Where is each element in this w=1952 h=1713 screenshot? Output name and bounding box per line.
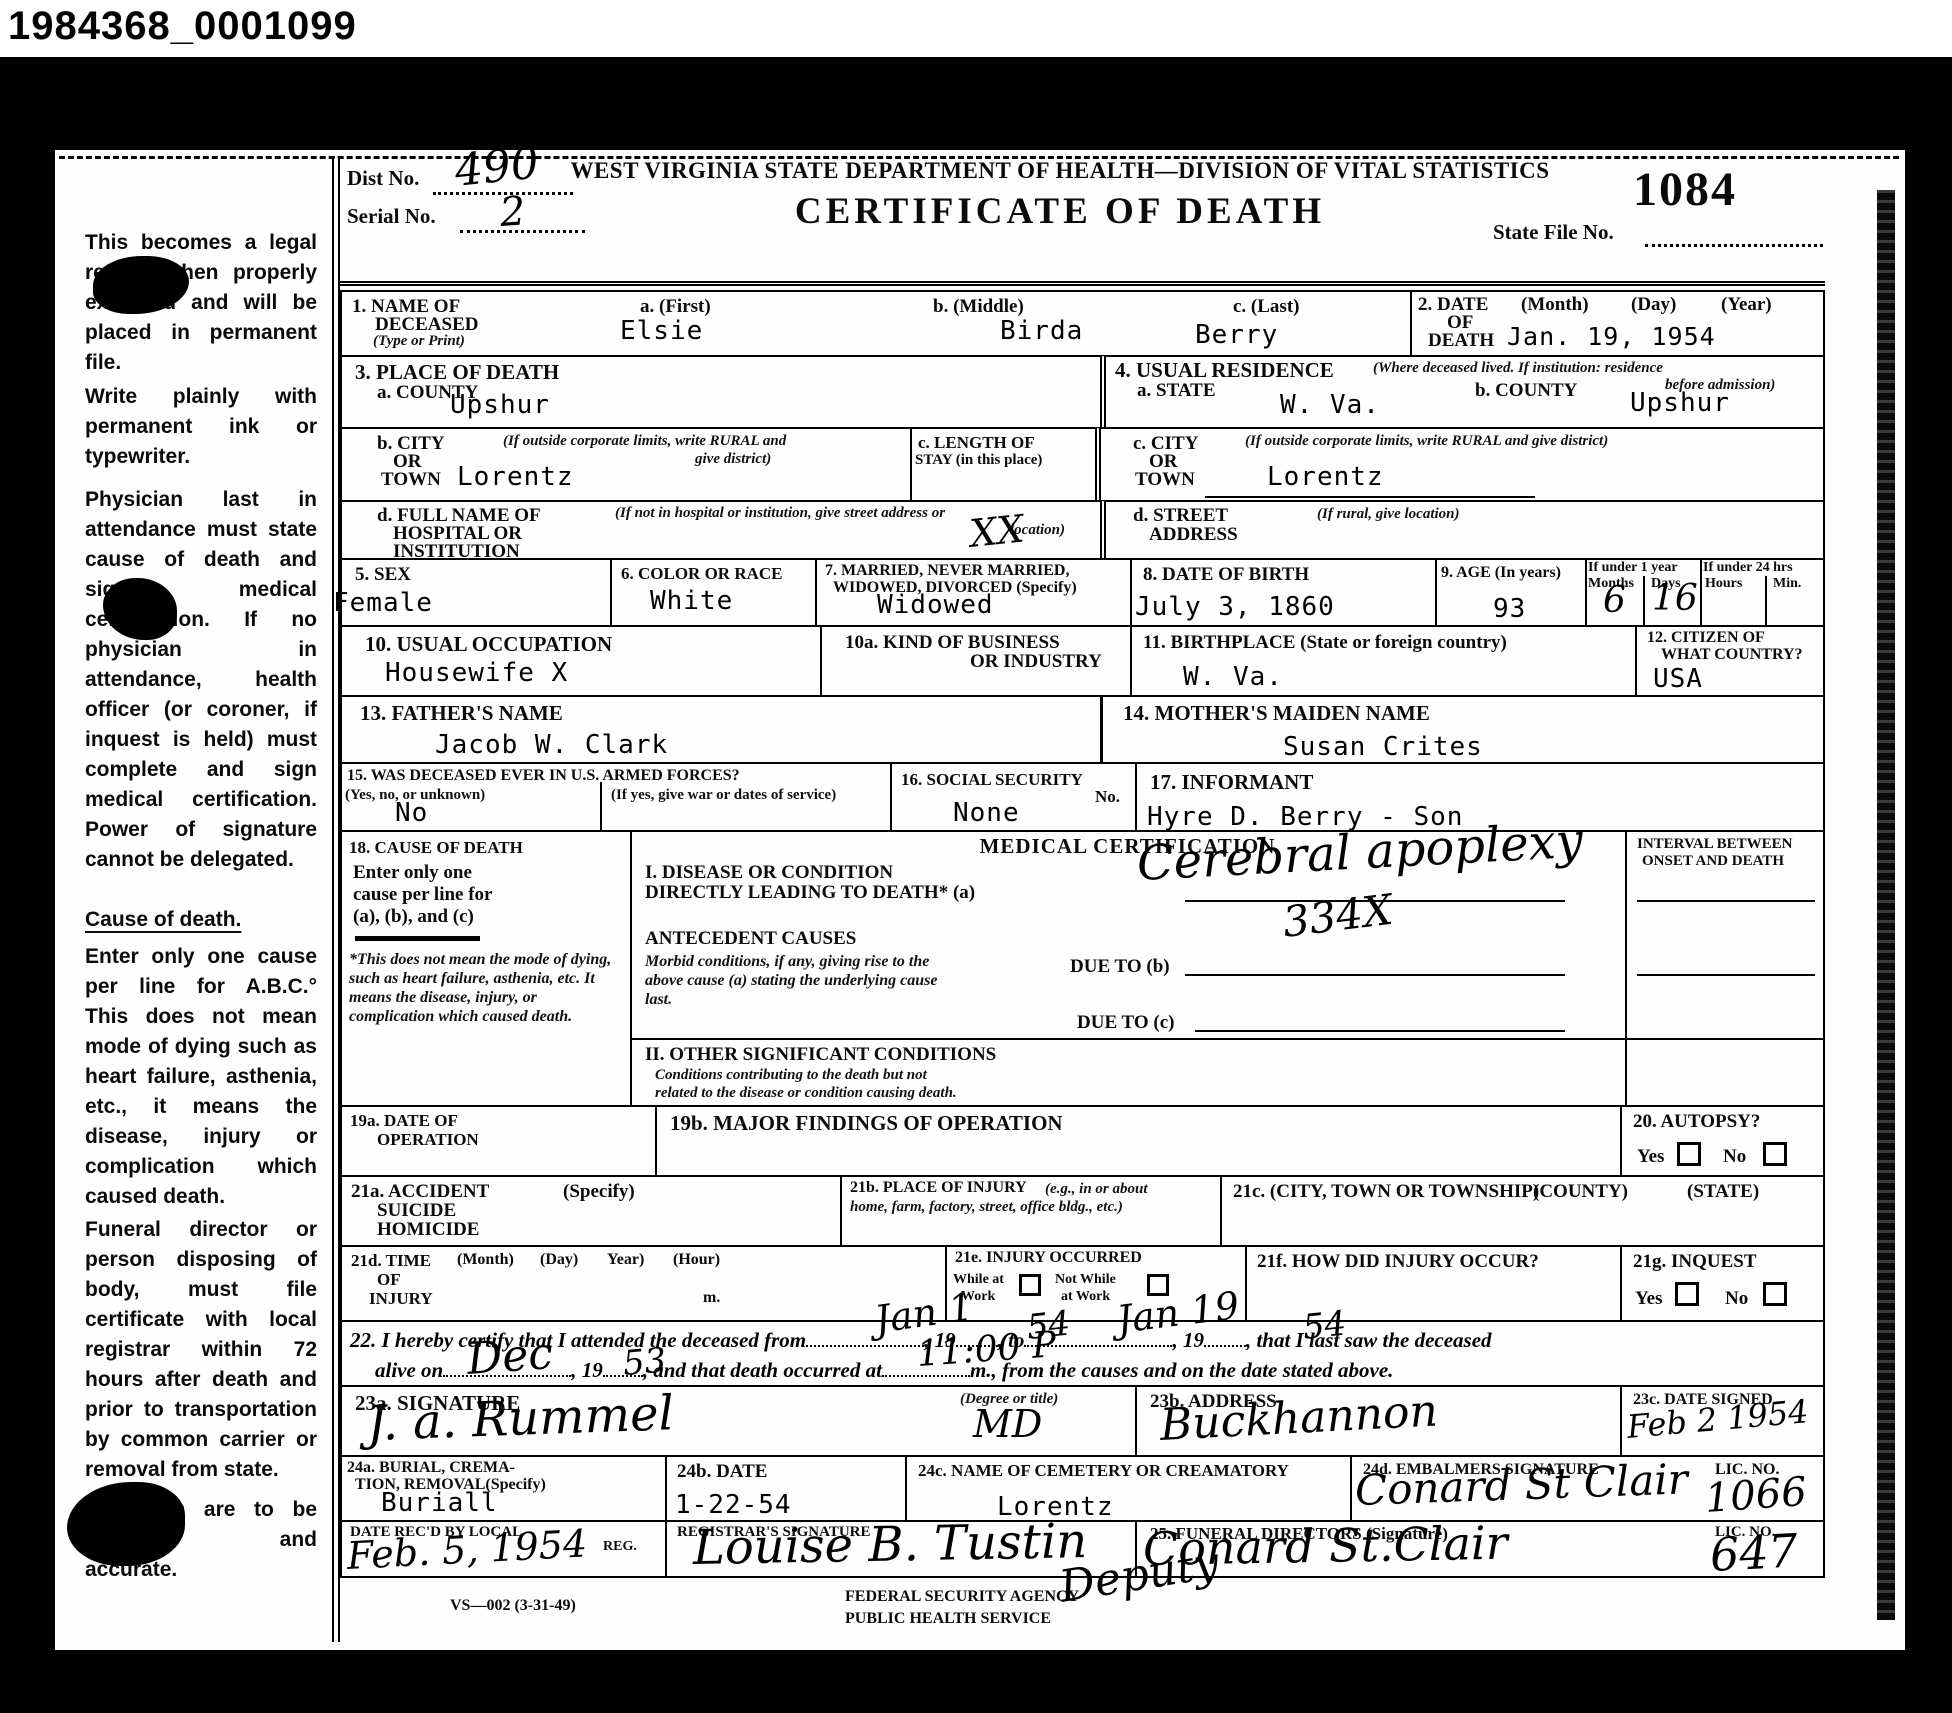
f9-under24-label: If under 24 hrs: [1703, 560, 1793, 576]
f14-value: Susan Crites: [1283, 732, 1483, 762]
f4-city-value: Lorentz: [1267, 462, 1384, 492]
f8-label: 8. DATE OF BIRTH: [1143, 564, 1309, 586]
f21c-county-label: (COUNTY): [1533, 1181, 1628, 1203]
f18-label: 18. CAUSE OF DEATH: [349, 838, 523, 858]
f21f-label: 21f. HOW DID INJURY OCCUR?: [1257, 1251, 1539, 1273]
sidebar-note-funeral-director: Funeral director or person disposing of …: [85, 1215, 317, 1485]
f20-yes-checkbox: [1677, 1142, 1701, 1166]
med-antecedent-note: Morbid conditions, if any, giving rise t…: [645, 952, 965, 1009]
f17-label: 17. INFORMANT: [1150, 770, 1313, 795]
f22-p1: 22. I hereby certify that I attended the…: [350, 1328, 806, 1352]
med-line-c: [1195, 1030, 1565, 1032]
f1-middle-value: Birda: [1000, 316, 1083, 346]
f1-middle-label: b. (Middle): [933, 296, 1024, 318]
f21e-label: 21e. INJURY OCCURRED: [955, 1249, 1142, 1267]
scan-right-edge: [1877, 190, 1895, 1620]
f21e-notwhile: Not While: [1055, 1272, 1116, 1288]
f24c-label: 24c. NAME OF CEMETERY OR CREAMATORY: [918, 1461, 1289, 1481]
med-other-label: II. OTHER SIGNIFICANT CONDITIONS: [645, 1044, 996, 1066]
f1-last-value: Berry: [1195, 320, 1278, 350]
f21c-label: 21c. (CITY, TOWN OR TOWNSHIP): [1233, 1181, 1539, 1203]
f2-year-label: (Year): [1721, 294, 1772, 316]
document-filename: 1984368_0001099: [8, 4, 357, 49]
footer-agency2: PUBLIC HEALTH SERVICE: [845, 1610, 1051, 1628]
f21g-no-checkbox: [1763, 1282, 1787, 1306]
f7-value: Widowed: [877, 590, 994, 620]
f15-inner-divider: [600, 782, 602, 830]
f21g-yes-checkbox: [1675, 1282, 1699, 1306]
f4-county-value: Upshur: [1630, 388, 1730, 418]
f5-value: Female: [333, 588, 433, 618]
f22-p6: alive on: [375, 1358, 443, 1382]
f19a-label1: 19a. DATE OF: [350, 1111, 458, 1131]
f3-length-label1: c. LENGTH OF: [918, 433, 1035, 453]
f19b-label: 19b. MAJOR FINDINGS OF OPERATION: [670, 1111, 1063, 1136]
f20-yes-label: Yes: [1637, 1146, 1664, 1168]
f12-value: USA: [1653, 664, 1703, 694]
med-interval-label2: ONSET AND DEATH: [1642, 853, 1784, 870]
sidebar-note-physician: Physician last in attendance must state …: [85, 485, 317, 875]
f22-p8: , and that death occurred at: [643, 1358, 882, 1382]
f25-lic-value-handwritten: 647: [1709, 1523, 1800, 1582]
f12-label2: WHAT COUNTRY?: [1661, 646, 1803, 664]
interval-line-b: [1637, 974, 1815, 976]
f21g-yes-label: Yes: [1635, 1288, 1662, 1310]
f16-label: 16. SOCIAL SECURITY: [901, 770, 1083, 790]
state-file-label: State File No.: [1493, 220, 1614, 245]
f22-alive-handwritten: Dec: [465, 1328, 554, 1385]
f22-year2-handwritten: 54: [1301, 1304, 1348, 1348]
f21d-label1: 21d. TIME: [351, 1251, 431, 1271]
state-file-line: [1645, 244, 1823, 247]
f1-first-label: a. (First): [640, 296, 711, 318]
f25-registrar-signature-handwritten: Louise B. Tustin: [693, 1513, 1088, 1576]
f18-divider: [355, 936, 480, 941]
f18-note-line3: (a), (b), and (c): [353, 906, 474, 928]
f4-city-town: TOWN: [1135, 469, 1195, 491]
f1-label3: (Type or Print): [373, 333, 465, 350]
f9-days-value-handwritten: 16: [1652, 578, 1698, 619]
f21d-label3: INJURY: [369, 1289, 433, 1309]
sidebar-note-one-cause: Enter only one cause per line for A.B.C.…: [85, 942, 317, 1212]
med-other-note2: related to the disease or condition caus…: [655, 1085, 957, 1102]
f11-value: W. Va.: [1183, 662, 1283, 692]
f10a-label2: OR INDUSTRY: [970, 651, 1102, 673]
f5-label: 5. SEX: [355, 564, 411, 586]
f3-city-town: TOWN: [381, 469, 441, 491]
certificate-document: This becomes a legal record when properl…: [55, 150, 1905, 1650]
f4-street-label2: ADDRESS: [1149, 524, 1238, 546]
f18-star-note: *This does not mean the mode of dying, s…: [349, 950, 617, 1026]
f6-value: White: [650, 586, 733, 616]
f22-p5: , that I last saw the deceased: [1246, 1328, 1492, 1352]
f20-label: 20. AUTOPSY?: [1633, 1111, 1760, 1133]
f23a-signature-handwritten: J. a. Rummel: [366, 1385, 675, 1452]
f3-hosp-value-handwritten: XX: [968, 506, 1026, 555]
f3-city-value: Lorentz: [457, 462, 574, 492]
med-due-c-label: DUE TO (c): [1077, 1012, 1174, 1034]
f21e-atwork: at Work: [1061, 1289, 1110, 1305]
f10-value: Housewife X: [385, 658, 568, 688]
f13-label: 13. FATHER'S NAME: [360, 701, 563, 726]
f21a-note: (Specify): [563, 1181, 635, 1203]
scanner-top-strip: 1984368_0001099: [0, 0, 1952, 57]
f20-no-checkbox: [1763, 1142, 1787, 1166]
f4-city-note: (If outside corporate limits, write RURA…: [1245, 433, 1608, 450]
f4-state-value: W. Va.: [1280, 390, 1380, 420]
f8-value: July 3, 1860: [1135, 592, 1335, 622]
f7-label1: 7. MARRIED, NEVER MARRIED,: [825, 562, 1069, 580]
f24a-value: Buriall: [381, 1488, 498, 1518]
f18-note-line2: cause per line for: [353, 884, 493, 906]
f4-city-underline: [1205, 496, 1535, 498]
f11-label: 11. BIRTHPLACE (State or foreign country…: [1143, 632, 1507, 654]
f1-last-label: c. (Last): [1233, 296, 1299, 318]
f14-label: 14. MOTHER'S MAIDEN NAME: [1123, 701, 1430, 726]
med-disease-label1: I. DISEASE OR CONDITION: [645, 862, 893, 884]
med-interval-label1: INTERVAL BETWEEN: [1637, 836, 1793, 853]
sidebar-note-write-plainly: Write plainly with permanent ink or type…: [85, 382, 317, 472]
f24d-lic-value-handwritten: 1066: [1703, 1469, 1808, 1522]
interval-line-a: [1637, 900, 1815, 902]
f25-recd-label2: REG.: [603, 1539, 637, 1555]
f16-no-label: No.: [1095, 787, 1120, 807]
f4-street-note: (If rural, give location): [1317, 506, 1460, 523]
f4-county-label: b. COUNTY: [1475, 380, 1577, 402]
sidebar-form-divider: [332, 158, 340, 1642]
interval-cell: [1625, 830, 1825, 1105]
med-disease-label2: DIRECTLY LEADING TO DEATH* (a): [645, 882, 975, 904]
f19a-label2: OPERATION: [377, 1130, 479, 1150]
f21b-note2: home, farm, factory, street, office bldg…: [850, 1199, 1123, 1216]
f4-state-label: a. STATE: [1137, 380, 1216, 402]
f9-under1-label: If under 1 year: [1588, 560, 1678, 576]
f3-city-note2: give district): [695, 451, 771, 468]
f15-value: No: [395, 798, 428, 828]
f21b-label: 21b. PLACE OF INJURY: [850, 1179, 1027, 1197]
agency-title: WEST VIRGINIA STATE DEPARTMENT OF HEALTH…: [395, 158, 1725, 184]
f1-first-value: Elsie: [620, 316, 703, 346]
scanned-page: { "filename": "1984368_0001099", "sideba…: [0, 0, 1952, 1713]
f21e-while-checkbox: [1019, 1274, 1041, 1296]
f22-blank4: [1204, 1329, 1246, 1347]
f2-month-label: (Month): [1521, 294, 1589, 316]
f9-months-days-divider: [1643, 576, 1645, 625]
footer-agency1: FEDERAL SECURITY AGENCY: [845, 1588, 1079, 1606]
f9-hours-min-divider: [1765, 576, 1767, 625]
stamp-number: 1084: [1580, 162, 1790, 217]
f15-note2: (If yes, give war or dates of service): [611, 787, 836, 804]
f10-label: 10. USUAL OCCUPATION: [365, 632, 612, 657]
med-due-b-label: DUE TO (b): [1070, 956, 1170, 978]
f21d-month: (Month): [457, 1251, 514, 1269]
f2-death: DEATH: [1428, 330, 1494, 352]
med-other-note1: Conditions contributing to the death but…: [655, 1067, 927, 1084]
f9-value: 93: [1493, 594, 1526, 624]
f3-length-label2: STAY (in this place): [915, 452, 1042, 469]
f21d-day: (Day): [540, 1251, 578, 1269]
f23a-degree-handwritten: MD: [973, 1402, 1042, 1446]
f3-county-value: Upshur: [450, 390, 550, 420]
med-antecedent-label: ANTECEDENT CAUSES: [645, 928, 856, 950]
med-line-b: [1185, 974, 1565, 976]
f13-value: Jacob W. Clark: [435, 730, 668, 760]
f21g-no-label: No: [1725, 1288, 1748, 1310]
f21d-label2: OF: [377, 1270, 401, 1290]
header-rule: [340, 281, 1825, 286]
f21d-hour: (Hour): [673, 1251, 720, 1269]
f2-day-label: (Day): [1631, 294, 1676, 316]
f18-note-line1: Enter only one: [353, 862, 472, 884]
f22-year3-handwritten: 53: [621, 1340, 668, 1384]
f9-min-label: Min.: [1773, 576, 1801, 592]
f21d-year: Year): [607, 1251, 644, 1269]
f16-value: None: [953, 798, 1020, 828]
f24b-value: 1-22-54: [675, 1490, 792, 1520]
f4-note1: (Where deceased lived. If institution: r…: [1373, 360, 1663, 377]
f9-hours-label: Hours: [1705, 576, 1742, 592]
f15-label: 15. WAS DECEASED EVER IN U.S. ARMED FORC…: [347, 767, 740, 785]
f2-value: Jan. 19, 1954: [1507, 322, 1716, 351]
f21a-label3: HOMICIDE: [377, 1219, 479, 1241]
f21c-state-label: (STATE): [1687, 1181, 1759, 1203]
f3-city-note1: (If outside corporate limits, write RURA…: [503, 433, 786, 450]
f24b-label: 24b. DATE: [677, 1461, 767, 1483]
f21d-m: m.: [703, 1289, 720, 1307]
f6-label: 6. COLOR OR RACE: [621, 564, 783, 584]
f21g-label: 21g. INQUEST: [1633, 1251, 1757, 1273]
f24a-label1: 24a. BURIAL, CREMA-: [347, 1459, 515, 1477]
footer-form-number: VS—002 (3-31-49): [450, 1597, 576, 1615]
f9-months-value-handwritten: 6: [1603, 580, 1626, 621]
f3-hosp-note1: (If not in hospital or institution, give…: [615, 505, 945, 522]
f12-label1: 12. CITIZEN OF: [1647, 629, 1765, 647]
f21b-note1: (e.g., in or about: [1045, 1181, 1148, 1198]
f20-no-label: No: [1723, 1146, 1746, 1168]
sidebar-heading-cause-of-death: Cause of death.: [85, 905, 317, 935]
f9-label: 9. AGE (In years): [1441, 564, 1561, 582]
f22-p7: , 19: [571, 1358, 603, 1382]
